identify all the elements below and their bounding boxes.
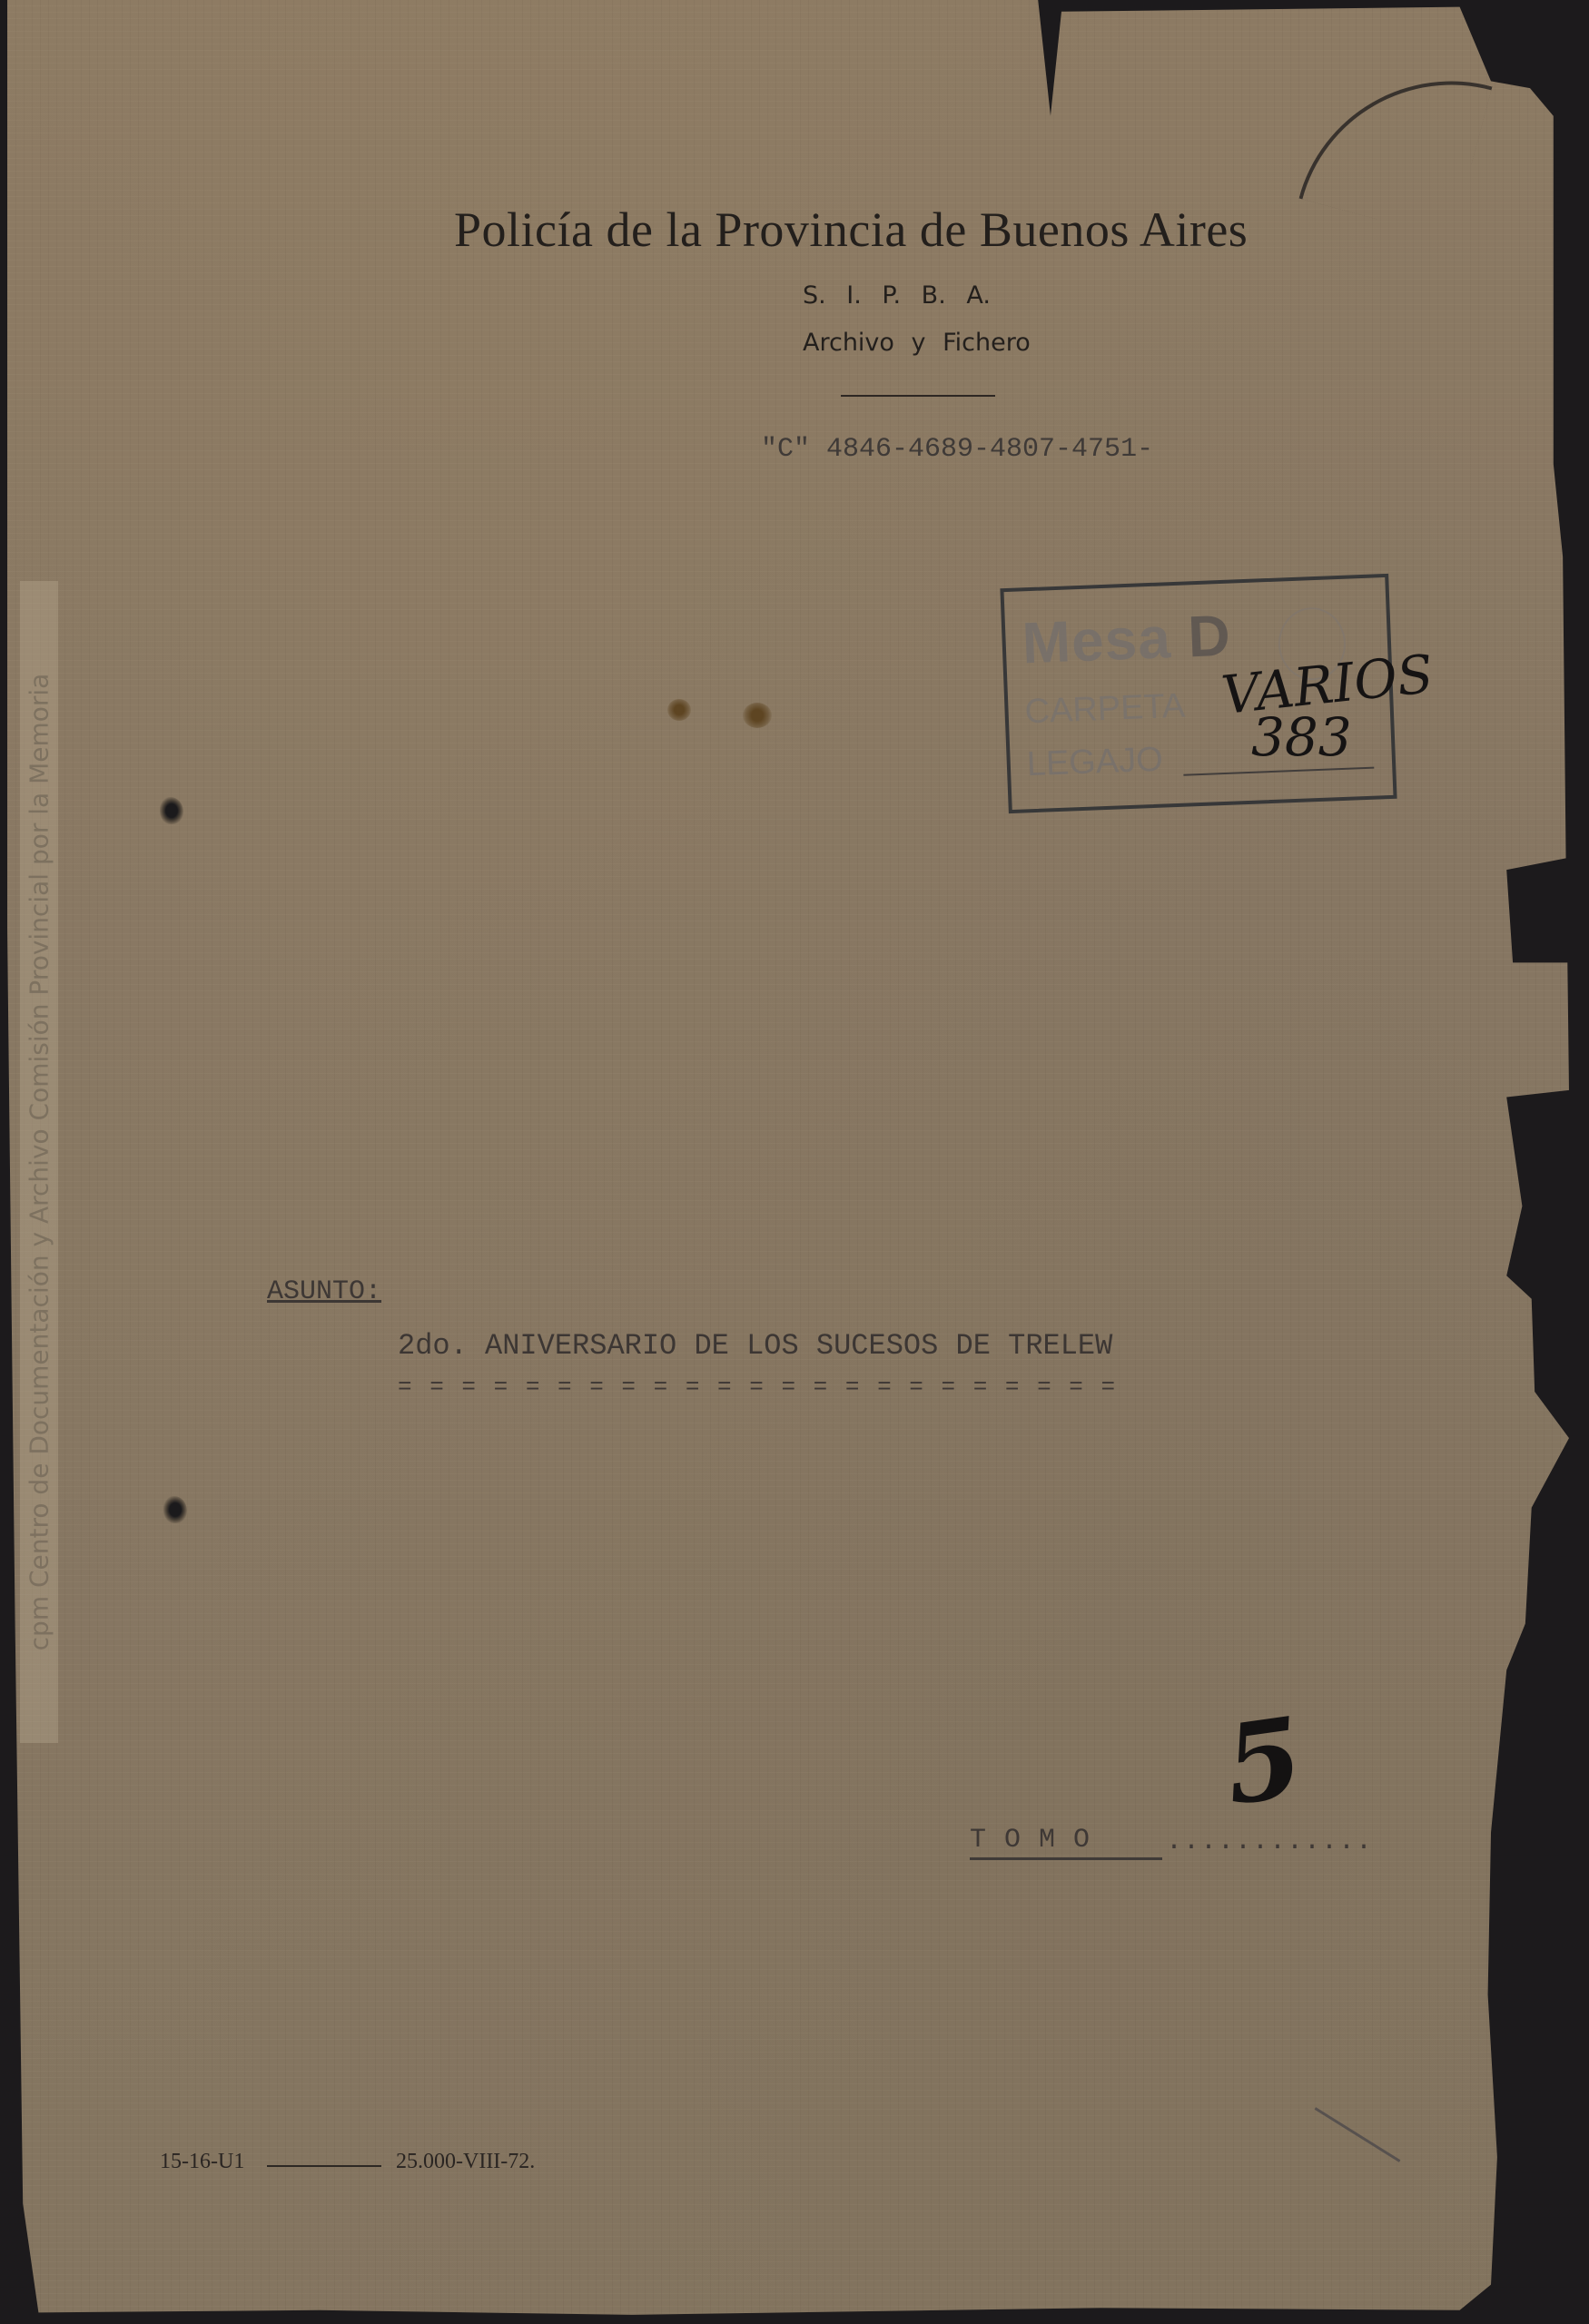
stamp-fill-line bbox=[1183, 767, 1374, 776]
stain-spot bbox=[667, 699, 691, 721]
stain-spot bbox=[743, 703, 772, 728]
archive-watermark: cpm Centro de Documentación y Archivo Co… bbox=[20, 581, 58, 1743]
stamp-mesa-label: Mesa bbox=[1021, 605, 1172, 675]
subject-text: 2do. ANIVERSARIO DE LOS SUCESOS DE TRELE… bbox=[398, 1329, 1112, 1363]
footer-form-code: 15-16-U1 bbox=[160, 2150, 244, 2174]
stamp-mesa: Mesa D bbox=[1021, 602, 1232, 677]
header-divider bbox=[841, 395, 995, 397]
punch-hole bbox=[163, 1496, 187, 1523]
punch-hole bbox=[160, 797, 183, 824]
header-title: Policía de la Provincia de Buenos Aires bbox=[454, 202, 1248, 258]
volume-dots: ............ bbox=[1166, 1827, 1373, 1857]
subject-underline: = = = = = = = = = = = = = = = = = = = = … bbox=[398, 1380, 1117, 1394]
stamp-legajo: LEGAJO bbox=[1026, 741, 1163, 785]
header-acronym: S. I. P. B. A. bbox=[803, 281, 991, 310]
document-scan: Policía de la Provincia de Buenos Aires … bbox=[0, 0, 1589, 2324]
header-subtitle: Archivo y Fichero bbox=[803, 329, 1031, 357]
footer-print-run: 25.000-VIII-72. bbox=[396, 2150, 535, 2174]
stamp-carpeta: CARPETA bbox=[1024, 687, 1186, 733]
handwritten-number: 383 bbox=[1251, 706, 1352, 768]
subject-label: ASUNTO: bbox=[267, 1276, 381, 1307]
footer-dash bbox=[267, 2165, 381, 2167]
paper-cover bbox=[7, 0, 1569, 2319]
stamp-mesa-letter: D bbox=[1187, 603, 1232, 670]
volume-label: TOMO bbox=[970, 1825, 1108, 1856]
watermark-text: cpm Centro de Documentación y Archivo Co… bbox=[25, 674, 54, 1651]
file-code: "C" 4846-4689-4807-4751- bbox=[761, 434, 1153, 465]
volume-underline bbox=[970, 1857, 1162, 1860]
